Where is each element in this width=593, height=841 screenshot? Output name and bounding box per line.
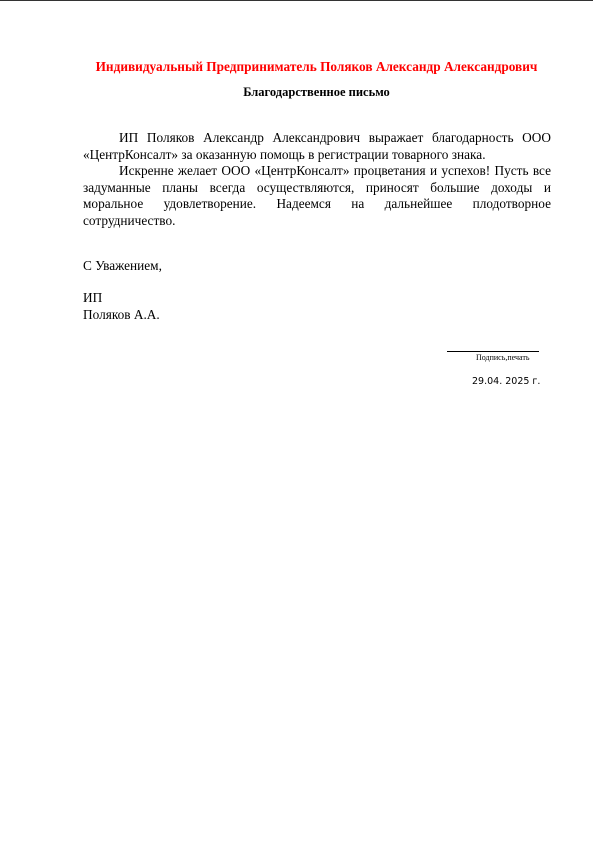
organization-title: Индивидуальный Предприниматель Поляков А…: [40, 59, 593, 75]
document-title: Благодарственное письмо: [20, 85, 593, 100]
closing-greeting: С Уважением,: [83, 258, 162, 275]
signature-label: Подпись,печать: [476, 353, 530, 362]
sender-name: Поляков А.А.: [83, 307, 160, 324]
body-paragraph: Искренне желает ООО «ЦентрКонсалт» процв…: [83, 163, 551, 229]
signature-line: [447, 351, 539, 352]
letter-date: 29.04. 2025 г.: [472, 376, 540, 387]
body-paragraph: ИП Поляков Александр Александрович выраж…: [83, 130, 551, 163]
sender-block: ИП Поляков А.А.: [83, 290, 160, 323]
letter-body: ИП Поляков Александр Александрович выраж…: [83, 130, 551, 230]
sender-title: ИП: [83, 290, 160, 307]
page-top-border: [0, 0, 593, 1]
